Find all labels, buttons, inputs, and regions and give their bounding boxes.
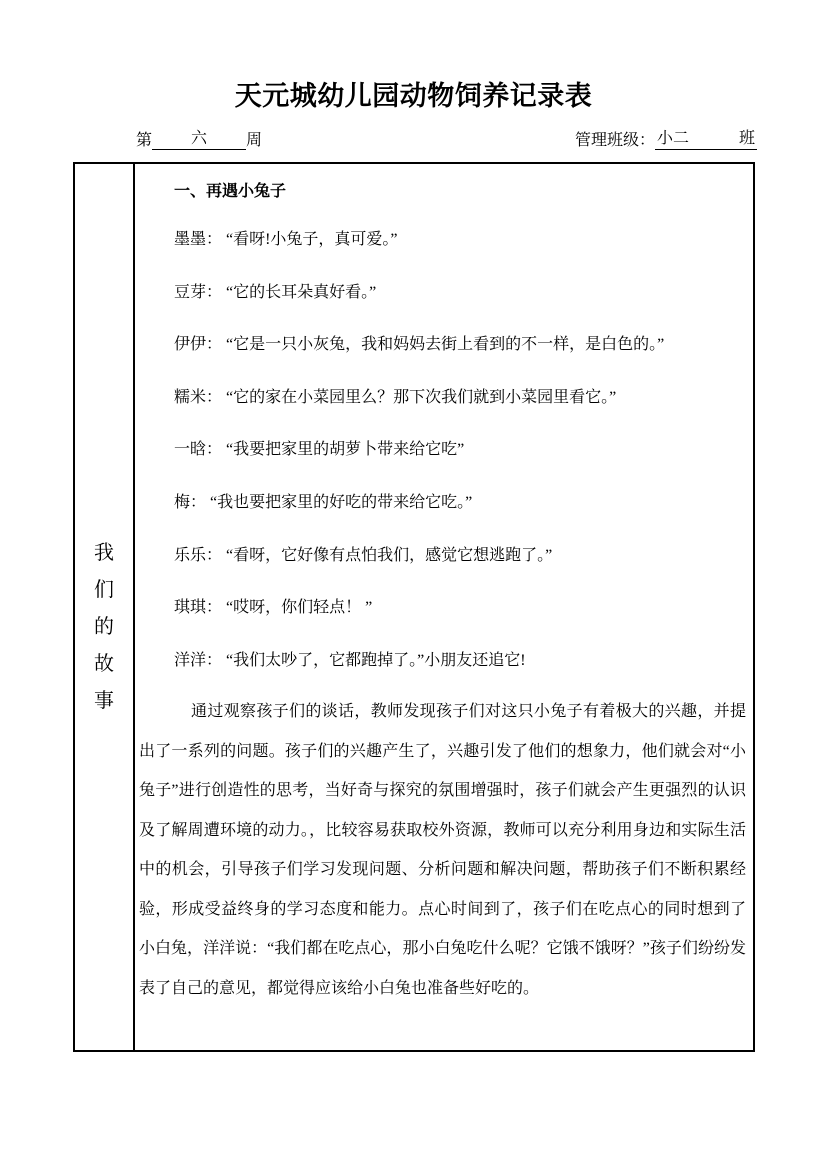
row-label-cell: 我 们 的 故 事 [75, 164, 135, 1050]
dialogue-line: 琪琪： “哎呀，你们轻点！ ” [174, 582, 748, 635]
row-label-char: 的 [94, 609, 114, 646]
class-suffix: 班 [739, 128, 755, 149]
week-prefix: 第 [136, 132, 152, 149]
dialogue-line: 墨墨： “看呀!小兔子，真可爱。” [174, 214, 748, 267]
document-page: { "document": { "title": "天元城幼儿园动物饲养记录表"… [0, 0, 827, 1170]
week-blank-field: 六 [152, 128, 246, 150]
dialogue-line: 豆芽： “它的长耳朵真好看。” [174, 267, 748, 320]
class-value: 小二 [657, 128, 689, 149]
dialogue-line: 乐乐： “看呀，它好像有点怕我们，感觉它想逃跑了。” [174, 530, 748, 583]
section-heading: 一、再遇小兔子 [174, 170, 748, 214]
week-value: 六 [191, 130, 207, 147]
row-label-char: 事 [94, 683, 114, 720]
dialogue-line: 伊伊： “它是一只小灰兔，我和妈妈去街上看到的不一样，是白色的。” [174, 319, 748, 372]
class-label: 管理班级： [575, 132, 655, 149]
row-label-char: 们 [94, 572, 114, 609]
dialogue-line: 洋洋： “我们太吵了，它都跑掉了。”小朋友还追它! [174, 635, 748, 688]
class-line: 管理班级：小二班 [575, 127, 757, 150]
header-row: 第六周 管理班级：小二班 [73, 122, 757, 150]
page-title: 天元城幼儿园动物饲养记录表 [0, 74, 827, 113]
story-paragraph: 通过观察孩子们的谈话，教师发现孩子们对这只小兔子有着极大的兴趣，并提出了一系列的… [139, 692, 746, 1008]
row-label-char: 故 [94, 646, 114, 683]
class-blank-field: 小二班 [655, 128, 757, 150]
dialogue-line: 一晗： “我要把家里的胡萝卜带来给它吃” [174, 424, 748, 477]
dialogue-line: 糯米： “它的家在小菜园里么？那下次我们就到小菜园里看它。” [174, 372, 748, 425]
week-line: 第六周 [136, 127, 262, 150]
story-content-cell: 一、再遇小兔子 墨墨： “看呀!小兔子，真可爱。” 豆芽： “它的长耳朵真好看。… [135, 164, 753, 1050]
dialogue-line: 梅： “我也要把家里的好吃的带来给它吃。” [174, 477, 748, 530]
record-table: 我 们 的 故 事 一、再遇小兔子 墨墨： “看呀!小兔子，真可爱。” 豆芽： … [73, 162, 755, 1052]
week-suffix: 周 [246, 132, 262, 149]
row-label-char: 我 [94, 535, 114, 572]
